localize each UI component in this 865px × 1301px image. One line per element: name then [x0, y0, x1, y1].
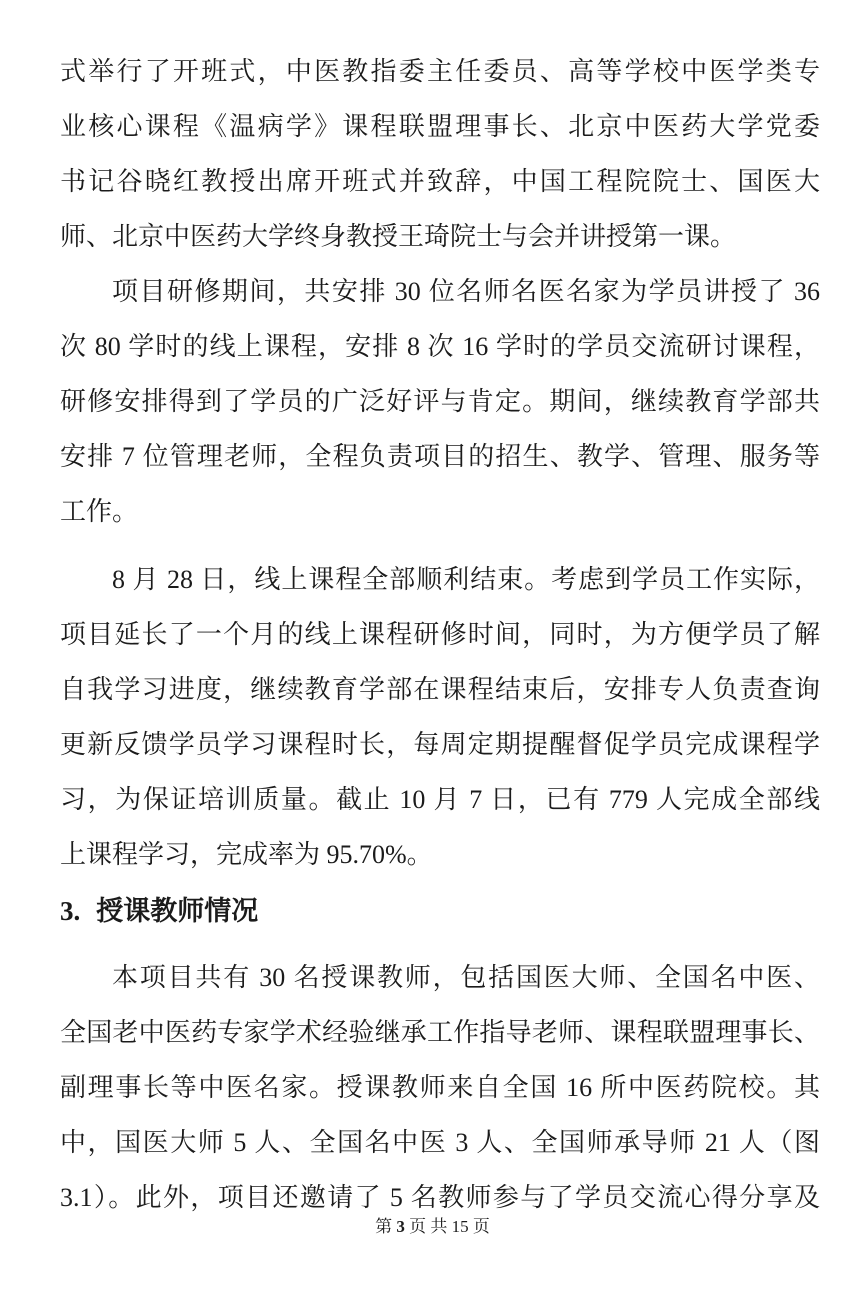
footer-page-number: 3: [396, 1217, 405, 1236]
document-body: 式举行了开班式，中医教指委主任委员、高等学校中医学类专 业核心课程《温病学》课程…: [60, 44, 820, 1225]
footer-prefix: 第: [375, 1217, 392, 1236]
text-line: 项目延长了一个月的线上课程研修时间，同时，为方便学员了解: [60, 607, 820, 662]
page-footer: 第 3 页 共 15 页: [0, 1214, 865, 1240]
document-page: 式举行了开班式，中医教指委主任委员、高等学校中医学类专 业核心课程《温病学》课程…: [0, 0, 865, 1301]
section-heading: 3.授课教师情况: [60, 884, 820, 939]
text-line: 安排 7 位管理老师，全程负责项目的招生、教学、管理、服务等: [60, 429, 820, 484]
paragraph-teachers-overview: 本项目共有 30 名授课教师，包括国医大师、全国名中医、 全国老中医药专家学术经…: [60, 950, 820, 1225]
text-line: 师、北京中医药大学终身教授王琦院士与会并讲授第一课。: [60, 209, 820, 264]
text-line: 本项目共有 30 名授课教师，包括国医大师、全国名中医、: [60, 950, 820, 1005]
paragraph-opening-ceremony: 式举行了开班式，中医教指委主任委员、高等学校中医学类专 业核心课程《温病学》课程…: [60, 44, 820, 264]
text-line: 业核心课程《温病学》课程联盟理事长、北京中医药大学党委: [60, 99, 820, 154]
text-line: 上课程学习，完成率为 95.70%。: [60, 827, 820, 882]
text-line: 研修安排得到了学员的广泛好评与肯定。期间，继续教育学部共: [60, 374, 820, 429]
text-line: 书记谷晓红教授出席开班式并致辞，中国工程院院士、国医大: [60, 154, 820, 209]
paragraph-course-completion: 8 月 28 日，线上课程全部顺利结束。考虑到学员工作实际， 项目延长了一个月的…: [60, 552, 820, 882]
footer-mid: 页 共: [409, 1217, 447, 1236]
text-line: 8 月 28 日，线上课程全部顺利结束。考虑到学员工作实际，: [60, 552, 820, 607]
text-line: 习，为保证培训质量。截止 10 月 7 日，已有 779 人完成全部线: [60, 772, 820, 827]
text-line: 中，国医大师 5 人、全国名中医 3 人、全国师承导师 21 人（图: [60, 1115, 820, 1170]
text-line: 副理事长等中医名家。授课教师来自全国 16 所中医药院校。其: [60, 1060, 820, 1115]
text-line: 工作。: [60, 484, 820, 539]
text-line: 全国老中医药专家学术经验继承工作指导老师、课程联盟理事长、: [60, 1005, 820, 1060]
text-line: 自我学习进度，继续教育学部在课程结束后，安排专人负责查询: [60, 662, 820, 717]
text-line: 项目研修期间，共安排 30 位名师名医名家为学员讲授了 36: [60, 264, 820, 319]
text-line: 更新反馈学员学习课程时长，每周定期提醒督促学员完成课程学: [60, 717, 820, 772]
paragraph-course-arrangement: 项目研修期间，共安排 30 位名师名医名家为学员讲授了 36 次 80 学时的线…: [60, 264, 820, 539]
text-line: 次 80 学时的线上课程，安排 8 次 16 学时的学员交流研讨课程，: [60, 319, 820, 374]
text-line: 式举行了开班式，中医教指委主任委员、高等学校中医学类专: [60, 44, 820, 99]
footer-suffix: 页: [473, 1217, 490, 1236]
footer-total-pages: 15: [452, 1217, 469, 1236]
section-number: 3.: [60, 896, 80, 926]
section-title: 授课教师情况: [96, 896, 258, 926]
